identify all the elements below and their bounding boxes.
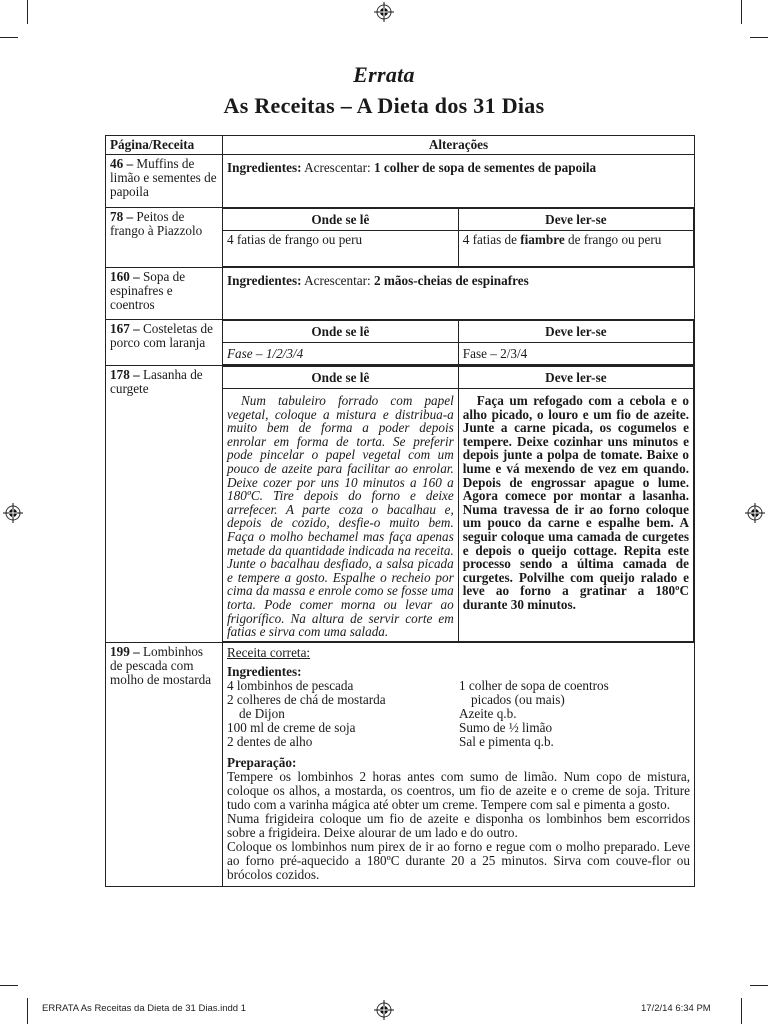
label-should: Deve ler-se (458, 367, 693, 389)
ingredient: 2 colheres de chá de mostarda (227, 693, 459, 707)
crop-mark (750, 985, 768, 986)
preparation-paragraph: Coloque os lombinhos num pirex de ir ao … (227, 840, 690, 882)
change-prefix: Ingredientes: (227, 273, 301, 288)
crop-mark (27, 0, 28, 24)
column-header-changes: Alterações (223, 136, 695, 155)
ingredients-list: 4 lombinhos de pescada 2 colheres de chá… (227, 679, 690, 749)
change-cell: Receita correta: Ingredientes: 4 lombinh… (223, 642, 695, 886)
page-number: 199 – (110, 644, 140, 659)
change-verb: Acrescentar: (304, 273, 371, 288)
registration-mark-icon (3, 503, 23, 523)
change-cell: Onde se lêDeve ler-se Fase – 1/2/3/4Fase… (223, 320, 695, 366)
registration-mark-icon (374, 2, 394, 22)
page-recipe-cell: 178 – Lasanha de curgete (106, 366, 223, 643)
ingredient: Sumo de ½ limão (459, 721, 690, 735)
table-row: 46 – Muffins de limão e sementes de papo… (106, 155, 695, 208)
preparation-paragraph: Numa frigideira coloque um fio de azeite… (227, 812, 690, 840)
page-number: 46 – (110, 156, 133, 171)
crop-mark (0, 985, 18, 986)
change-cell: Ingredientes: Acrescentar: 2 mãos-cheias… (223, 268, 695, 320)
ingredients-label: Ingredientes: (227, 665, 690, 679)
correct-recipe-label: Receita correta: (227, 646, 690, 660)
page-number: 78 – (110, 209, 133, 224)
ingredient: 100 ml de creme de soja (227, 721, 459, 735)
ingredient: Azeite q.b. (459, 707, 690, 721)
should-text: Fase – 2/3/4 (458, 343, 693, 365)
page-recipe-cell: 46 – Muffins de limão e sementes de papo… (106, 155, 223, 208)
crop-mark (750, 37, 768, 38)
table-header-row: Página/Receita Alterações (106, 136, 695, 155)
label-reads: Onde se lê (223, 367, 458, 389)
change-cell: Onde se lêDeve ler-se 4 fatias de frango… (223, 208, 695, 268)
should-text: Faça um refogado com a cebola e o alho p… (458, 389, 693, 642)
table-row: 160 – Sopa de espinafres e coentros Ingr… (106, 268, 695, 320)
registration-mark-icon (374, 1000, 394, 1020)
page-number: 160 – (110, 269, 140, 284)
change-prefix: Ingredientes: (227, 160, 301, 175)
registration-mark-icon (745, 503, 765, 523)
crop-mark (741, 998, 742, 1024)
page-recipe-cell: 167 – Costeletas de porco com laranja (106, 320, 223, 366)
footer-date: 17/2/14 6:34 PM (641, 1003, 711, 1014)
crop-mark (741, 0, 742, 24)
ingredient: 4 lombinhos de pescada (227, 679, 459, 693)
change-cell: Ingredientes: Acrescentar: 1 colher de s… (223, 155, 695, 208)
errata-table: Página/Receita Alterações 46 – Muffins d… (105, 135, 695, 887)
page-recipe-cell: 78 – Peitos de frango à Piazzolo (106, 208, 223, 268)
table-row: 178 – Lasanha de curgete Onde se lêDeve … (106, 366, 695, 643)
page-title: Errata (0, 62, 768, 88)
change-item: 2 mãos-cheias de espinafres (374, 273, 529, 288)
table-row: 167 – Costeletas de porco com laranja On… (106, 320, 695, 366)
label-should: Deve ler-se (458, 321, 693, 343)
reads-text: Fase – 1/2/3/4 (223, 343, 458, 365)
change-verb: Acrescentar: (304, 160, 371, 175)
preparation-paragraph: Tempere os lombinhos 2 horas antes com s… (227, 770, 690, 812)
table-row: 78 – Peitos de frango à Piazzolo Onde se… (106, 208, 695, 268)
ingredient: picados (ou mais) (459, 693, 690, 707)
page-subtitle: As Receitas – A Dieta dos 31 Dias (0, 93, 768, 119)
crop-mark (27, 998, 28, 1024)
label-reads: Onde se lê (223, 321, 458, 343)
table-row: 199 – Lombinhos de pescada com molho de … (106, 642, 695, 886)
page-number: 178 – (110, 367, 140, 382)
crop-mark (0, 37, 18, 38)
reads-text: 4 fatias de frango ou peru (223, 231, 458, 267)
change-item: 1 colher de sopa de sementes de papoila (374, 160, 596, 175)
ingredient: Sal e pimenta q.b. (459, 735, 690, 749)
change-cell: Onde se lêDeve ler-se Num tabuleiro forr… (223, 366, 695, 643)
ingredient: 1 colher de sopa de coentros (459, 679, 690, 693)
page-number: 167 – (110, 321, 140, 336)
preparation-label: Preparação: (227, 756, 690, 770)
ingredient: de Dijon (227, 707, 459, 721)
label-should: Deve ler-se (458, 209, 693, 231)
should-text: 4 fatias de fiambre de frango ou peru (458, 231, 693, 267)
label-reads: Onde se lê (223, 209, 458, 231)
page-recipe-cell: 199 – Lombinhos de pescada com molho de … (106, 642, 223, 886)
reads-text: Num tabuleiro forrado com papel vegetal,… (223, 389, 458, 642)
ingredient: 2 dentes de alho (227, 735, 459, 749)
column-header-page: Página/Receita (106, 136, 223, 155)
page-recipe-cell: 160 – Sopa de espinafres e coentros (106, 268, 223, 320)
footer-filename: ERRATA As Receitas da Dieta de 31 Dias.i… (42, 1003, 246, 1014)
